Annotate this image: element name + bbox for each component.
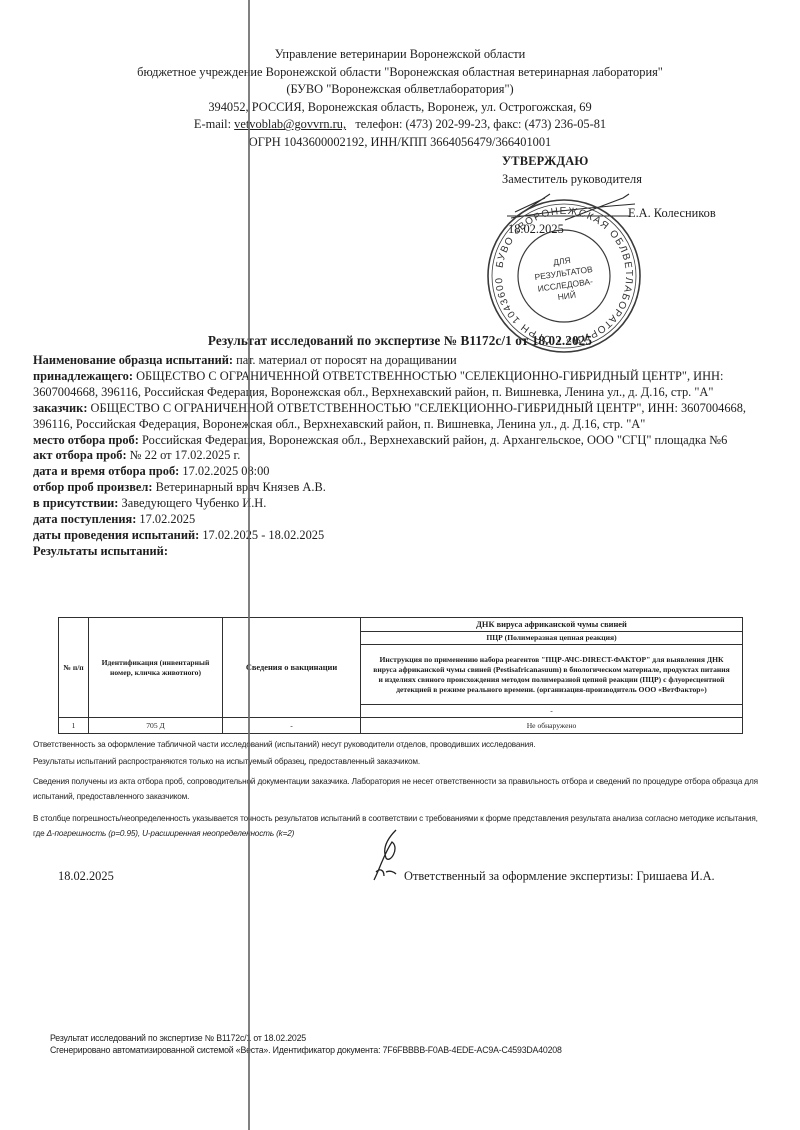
responsible-person: Ответственный за оформление экспертизы: … <box>404 869 715 884</box>
document-title: Результат исследований по экспертизе № В… <box>0 333 800 349</box>
header-line-short-name: (БУВО "Воронежская облветлаборатория") <box>0 81 800 99</box>
sample-info-fields: Наименование образца испытаний: пат. мат… <box>33 353 751 560</box>
approval-block: УТВЕРЖДАЮ Заместитель руководителя <box>502 152 642 188</box>
phone-fax: телефон: (473) 202-99-23, факс: (473) 23… <box>355 117 606 131</box>
field-sampling-place: место отбора проб: Российская Федерация,… <box>33 433 751 449</box>
header-vaccination: Сведения о вакцинации <box>223 618 361 718</box>
header-line-ministry: Управление ветеринарии Воронежской облас… <box>0 46 800 64</box>
cell-num: 1 <box>59 718 89 734</box>
note-scope: Результаты испытаний распространяются то… <box>33 757 763 767</box>
field-test-dates: даты проведения испытаний: 17.02.2025 - … <box>33 528 751 544</box>
results-table: № п/п Идентификация (инвентарный номер, … <box>58 617 743 734</box>
approval-position: Заместитель руководителя <box>502 170 642 188</box>
header-line-address: 394052, РОССИЯ, Воронежская область, Вор… <box>0 99 800 117</box>
field-in-presence: в присутствии: Заведующего Чубенко И.Н. <box>33 496 751 512</box>
email-link[interactable]: vetvoblab@govvrn.ru, <box>234 117 346 131</box>
field-owner: принадлежащего: ОБЩЕСТВО С ОГРАНИЧЕННОЙ … <box>33 369 751 401</box>
header-line-contacts: E-mail: vetvoblab@govvrn.ru, телефон: (4… <box>0 116 800 134</box>
cell-result: Не обнаружено <box>361 718 743 734</box>
header-units: - <box>361 705 743 718</box>
email-label: E-mail: <box>194 117 231 131</box>
header-method: ПЦР (Полимеразная цепная реакция) <box>361 632 743 645</box>
scan-artifact-line <box>248 0 250 1130</box>
footer-generated-id: Сгенерировано автоматизированной системо… <box>50 1044 562 1056</box>
header-line-ogrn: ОГРН 1043600002192, ИНН/КПП 3664056479/3… <box>0 134 800 152</box>
header-indicator: ДНК вируса африканской чумы свиней <box>361 618 743 632</box>
field-sampled-by: отбор проб произвел: Ветеринарный врач К… <box>33 480 751 496</box>
note-source: Сведения получены из акта отбора проб, с… <box>33 774 763 804</box>
header-normative-doc: Инструкция по применению набора реагенто… <box>361 645 743 705</box>
approval-title: УТВЕРЖДАЮ <box>502 152 642 170</box>
document-footer: Результат исследований по экспертизе № В… <box>50 1032 562 1056</box>
field-received-date: дата поступления: 17.02.2025 <box>33 512 751 528</box>
field-sample-name: Наименование образца испытаний: пат. мат… <box>33 353 751 369</box>
cell-vaccination: - <box>223 718 361 734</box>
header-num: № п/п <box>59 618 89 718</box>
field-results-heading: Результаты испытаний: <box>33 544 751 560</box>
report-date: 18.02.2025 <box>58 869 114 884</box>
note-responsibility: Ответственность за оформление табличной … <box>33 740 763 750</box>
svg-text:ДЛЯ: ДЛЯ <box>553 255 572 267</box>
footer-reference: Результат исследований по экспертизе № В… <box>50 1032 562 1044</box>
cell-identification: 705 Д <box>89 718 223 734</box>
header-identification: Идентификация (инвентарный номер, кличка… <box>89 618 223 718</box>
field-sampling-act: акт отбора проб: № 22 от 17.02.2025 г. <box>33 448 751 464</box>
field-customer: заказчик: ОБЩЕСТВО С ОГРАНИЧЕННОЙ ОТВЕТС… <box>33 401 751 433</box>
table-row: 1 705 Д - Не обнаружено <box>59 718 743 734</box>
approval-date: 18.02.2025 <box>508 222 564 237</box>
field-sampling-datetime: дата и время отбора проб: 17.02.2025 08:… <box>33 464 751 480</box>
header-line-org: бюджетное учреждение Воронежской области… <box>0 64 800 82</box>
org-header: Управление ветеринарии Воронежской облас… <box>0 46 800 152</box>
